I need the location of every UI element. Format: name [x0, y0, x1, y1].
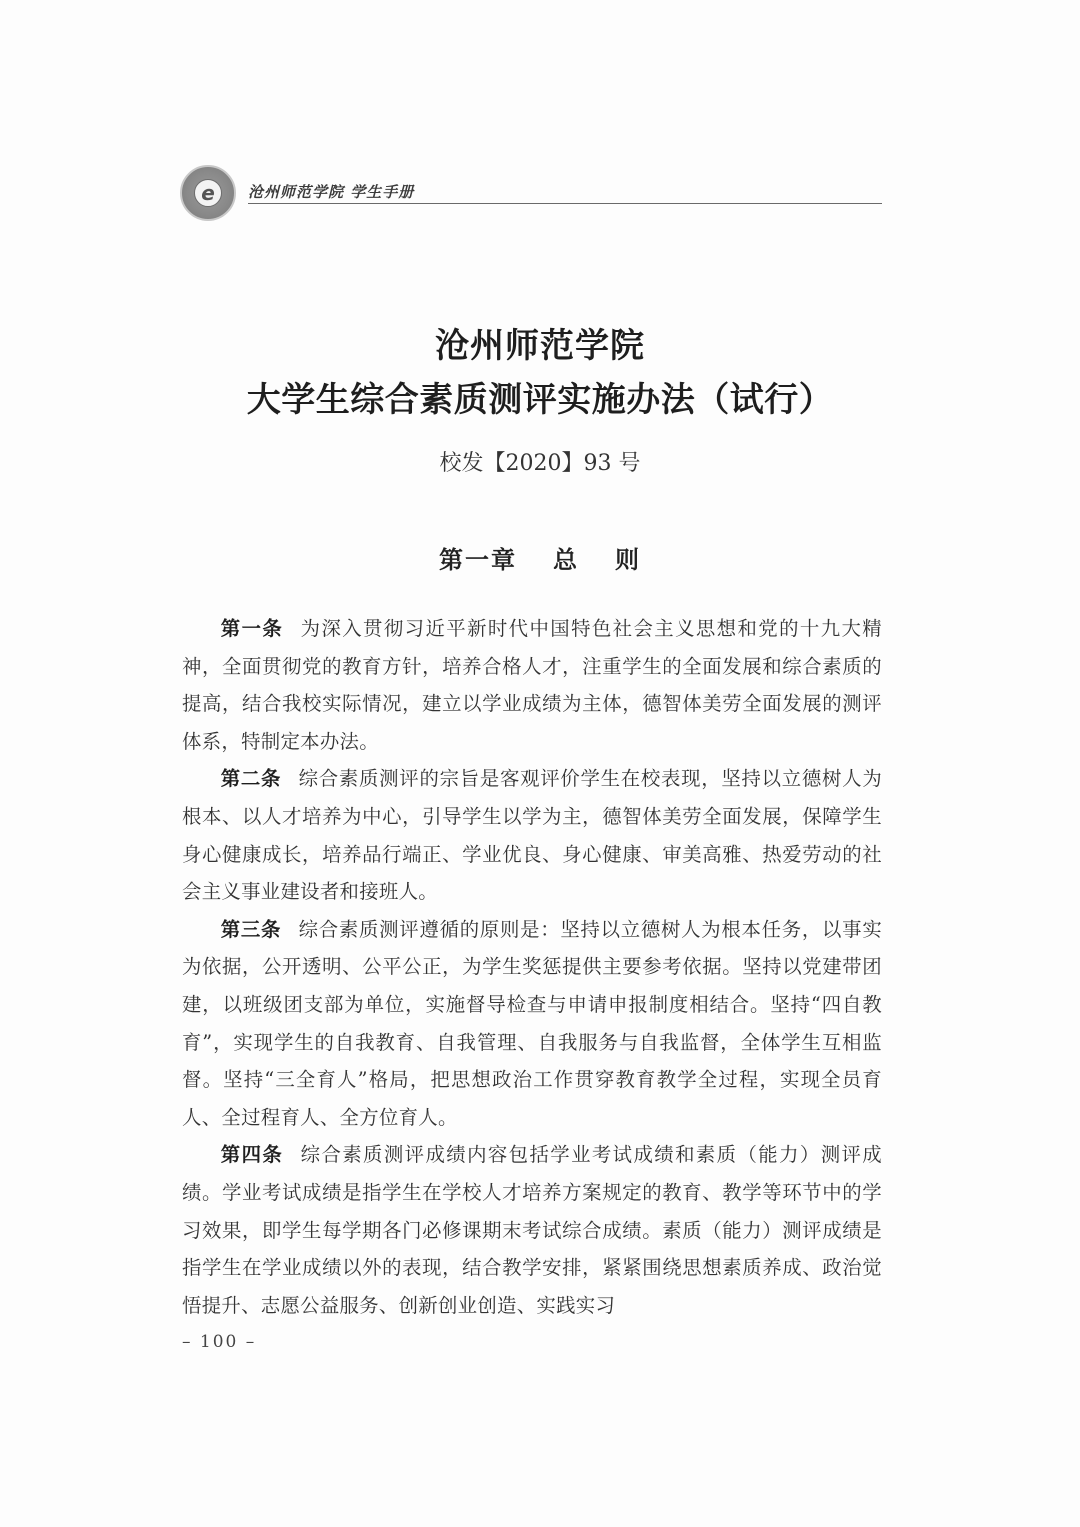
article-label: 第一条 [221, 617, 283, 640]
article-body: 第一条为深入贯彻习近平新时代中国特色社会主义思想和党的十九大精神，全面贯彻党的教… [182, 610, 882, 1324]
seal-inner-ring: e [194, 179, 222, 207]
article-4: 第四条综合素质测评成绩内容包括学业考试成绩和素质（能力）测评成绩。学业考试成绩是… [182, 1136, 882, 1324]
seal-glyph: e [195, 180, 221, 206]
article-text: 综合素质测评成绩内容包括学业考试成绩和素质（能力）测评成绩。学业考试成绩是指学生… [182, 1143, 882, 1316]
article-label: 第三条 [221, 918, 281, 941]
document-title-main: 大学生综合素质测评实施办法（试行） [0, 372, 1080, 421]
article-3: 第三条综合素质测评遵循的原则是：坚持以立德树人为根本任务，以事实为依据，公开透明… [182, 911, 882, 1137]
page-number: – 100 – [182, 1332, 256, 1352]
article-text: 综合素质测评的宗旨是客观评价学生在校表现，坚持以立德树人为根本、以人才培养为中心… [182, 767, 882, 903]
chapter-heading: 第一章总则 [0, 540, 1080, 575]
article-label: 第四条 [221, 1143, 283, 1166]
article-2: 第二条综合素质测评的宗旨是客观评价学生在校表现，坚持以立德树人为根本、以人才培养… [182, 760, 882, 910]
article-1: 第一条为深入贯彻习近平新时代中国特色社会主义思想和党的十九大精神，全面贯彻党的教… [182, 610, 882, 760]
handbook-title: 沧州师范学院 学生手册 [248, 181, 414, 202]
header-divider [248, 203, 882, 204]
article-label: 第二条 [221, 767, 281, 790]
chapter-title-char-2: 则 [615, 546, 641, 574]
document-title-institution: 沧州师范学院 [0, 318, 1080, 367]
chapter-number: 第一章 [439, 546, 517, 574]
college-seal-icon: e [180, 165, 236, 221]
document-number: 校发【2020】93 号 [0, 446, 1080, 477]
article-text: 综合素质测评遵循的原则是：坚持以立德树人为根本任务，以事实为依据，公开透明、公平… [182, 918, 882, 1129]
article-text: 为深入贯彻习近平新时代中国特色社会主义思想和党的十九大精神，全面贯彻党的教育方针… [182, 617, 882, 753]
running-header: e 沧州师范学院 学生手册 [180, 165, 882, 225]
chapter-title-char-1: 总 [553, 546, 579, 574]
